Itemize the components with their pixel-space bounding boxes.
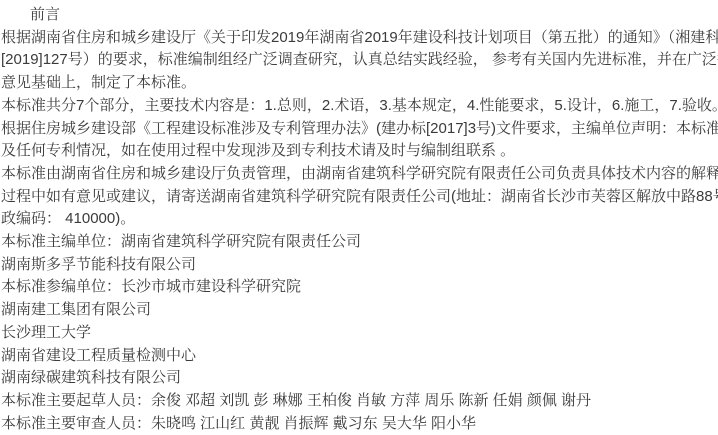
document-line: [2019]127号）的要求，标准编制组经广泛调查研究，认真总结实践经验， 参考… — [0, 49, 718, 72]
document-line: 本标准共分7个部分，主要技术内容是：1.总则，2.术语，3.基本规定，4.性能要… — [0, 95, 718, 118]
document-line: 本标准主要起草人员：余俊 邓超 刘凯 彭 琳娜 王柏俊 肖敏 方萍 周乐 陈新 … — [0, 390, 718, 413]
document-preface: 前言 根据湖南省住房和城乡建设厅《关于印发2019年湖南省2019年建设科技计划… — [0, 0, 718, 435]
document-line: 意见基础上，制定了本标准。 — [0, 72, 718, 95]
document-line: 湖南建工集团有限公司 — [0, 299, 718, 322]
document-line: 本标准主编单位：湖南省建筑科学研究院有限责任公司 — [0, 231, 718, 254]
document-line: 湖南省建设工程质量检测中心 — [0, 345, 718, 368]
document-line: 湖南斯多孚节能科技有限公司 — [0, 254, 718, 277]
document-line: 政编码： 410000)。 — [0, 208, 718, 231]
document-line: 湖南绿碳建筑科技有限公司 — [0, 367, 718, 390]
document-line: 过程中如有意见或建议，请寄送湖南省建筑科学研究院有限责任公司(地址：湖南省长沙市… — [0, 186, 718, 209]
document-line: 本标准参编单位：长沙市城市建设科学研究院 — [0, 276, 718, 299]
document-line: 本标准由湖南省住房和城乡建设厅负责管理，由湖南省建筑科学研究院有限责任公司负责具… — [0, 163, 718, 186]
document-line: 根据住房城乡建设部《工程建设标准涉及专利管理办法》(建办标[2017]3号)文件… — [0, 118, 718, 141]
document-heading: 前言 — [0, 4, 718, 27]
document-line: 长沙理工大学 — [0, 322, 718, 345]
document-line: 本标准主要审查人员：朱晓鸣 江山红 黄靓 肖振辉 戴习东 吴大华 阳小华 — [0, 413, 718, 435]
document-line: 及任何专利情况，如在使用过程中发现涉及到专利技术请及时与编制组联系 。 — [0, 140, 718, 163]
document-line: 根据湖南省住房和城乡建设厅《关于印发2019年湖南省2019年建设科技计划项目（… — [0, 27, 718, 50]
